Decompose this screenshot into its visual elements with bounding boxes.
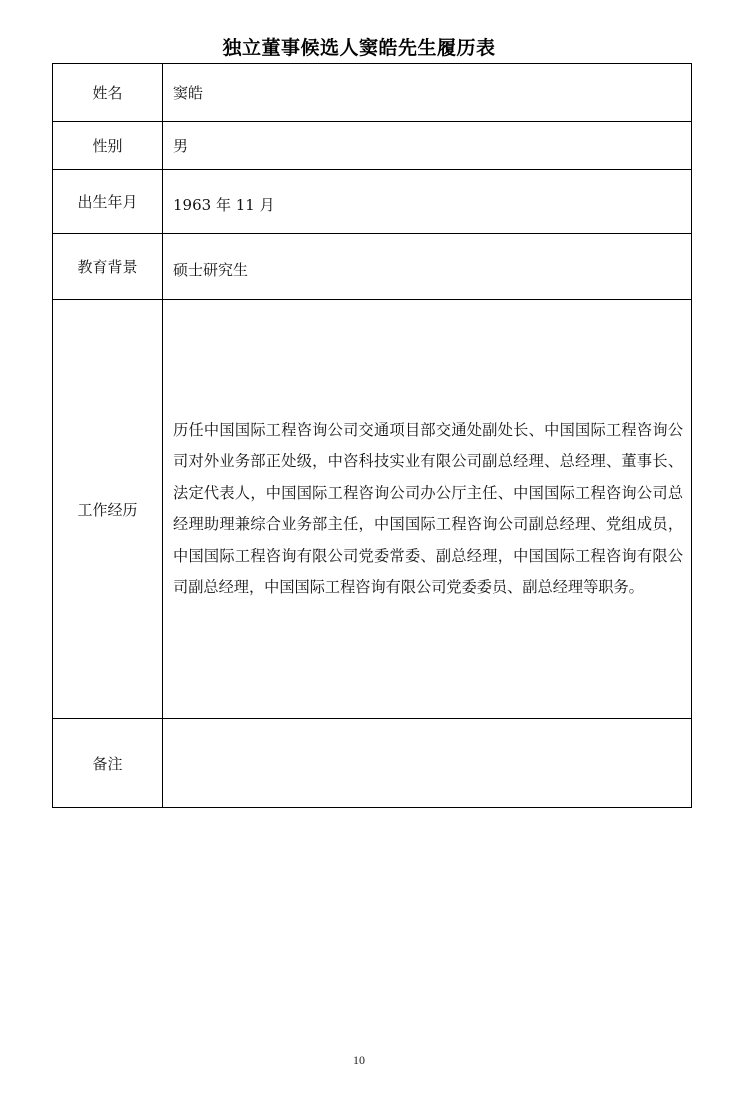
- resume-table: 姓名 窦皓 性别 男 出生年月 1963 年 11 月 教育背景 硕士研究生 工…: [52, 63, 692, 808]
- value-remarks: [163, 719, 692, 808]
- table-row-name: 姓名 窦皓: [53, 64, 692, 122]
- label-work-experience: 工作经历: [53, 300, 163, 719]
- value-education: 硕士研究生: [163, 234, 692, 300]
- table-row-remarks: 备注: [53, 719, 692, 808]
- value-name: 窦皓: [163, 64, 692, 122]
- value-birth: 1963 年 11 月: [163, 170, 692, 234]
- value-gender: 男: [163, 122, 692, 170]
- label-education: 教育背景: [53, 234, 163, 300]
- value-work-experience-cell: 历任中国国际工程咨询公司交通项目部交通处副处长、中国国际工程咨询公司对外业务部正…: [163, 300, 692, 719]
- table-row-birth: 出生年月 1963 年 11 月: [53, 170, 692, 234]
- label-gender: 性别: [53, 122, 163, 170]
- work-experience-text: 历任中国国际工程咨询公司交通项目部交通处副处长、中国国际工程咨询公司对外业务部正…: [173, 415, 691, 604]
- table-row-work-experience: 工作经历 历任中国国际工程咨询公司交通项目部交通处副处长、中国国际工程咨询公司对…: [53, 300, 692, 719]
- table-row-education: 教育背景 硕士研究生: [53, 234, 692, 300]
- page-number: 10: [0, 1053, 718, 1068]
- table-row-gender: 性别 男: [53, 122, 692, 170]
- label-name: 姓名: [53, 64, 163, 122]
- label-remarks: 备注: [53, 719, 163, 808]
- document-title: 独立董事候选人窦皓先生履历表: [0, 34, 718, 62]
- label-birth: 出生年月: [53, 170, 163, 234]
